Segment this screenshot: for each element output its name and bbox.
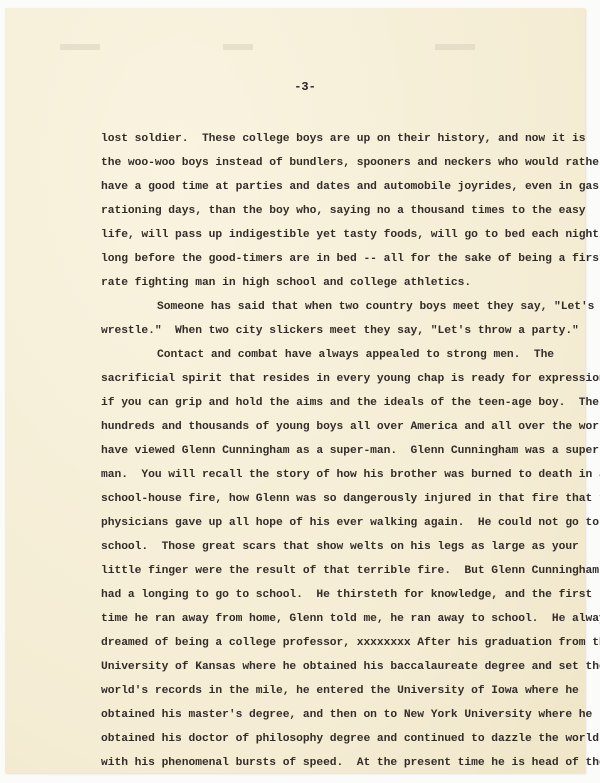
text-line: school. Those great scars that show welt… <box>101 540 579 554</box>
text-line: man. You will recall the story of how hi… <box>101 468 600 482</box>
text-line: have a good time at parties and dates an… <box>101 180 599 194</box>
page-number: -3- <box>285 80 325 94</box>
text-line: hundreds and thousands of young boys all… <box>101 420 600 434</box>
text-line: little finger were the result of that te… <box>101 564 599 578</box>
text-line: University of Kansas where he obtained h… <box>101 660 600 674</box>
text-line: obtained his doctor of philosophy degree… <box>101 732 599 746</box>
bleed-through-mark <box>60 44 100 50</box>
text-line: wrestle." When two city slickers meet th… <box>101 324 579 338</box>
text-line: life, will pass up indigestible yet tast… <box>101 228 599 242</box>
text-line: have viewed Glenn Cunningham as a super-… <box>101 444 600 458</box>
paragraph-first-line: Contact and combat have always appealed … <box>157 348 554 362</box>
text-line: physicians gave up all hope of his ever … <box>101 516 599 530</box>
text-line: lost soldier. These college boys are up … <box>101 132 586 146</box>
text-line: had a longing to go to school. He thirst… <box>101 588 592 602</box>
text-line: if you can grip and hold the aims and th… <box>101 396 599 410</box>
bleed-through-mark <box>223 44 253 50</box>
text-line: the woo-woo boys instead of bundlers, sp… <box>101 156 600 170</box>
text-line: with his phenomenal bursts of speed. At … <box>101 756 600 770</box>
text-line: rate fighting man in high school and col… <box>101 276 471 290</box>
document-page: -3- <box>5 8 585 773</box>
text-line: time he ran away from home, Glenn told m… <box>101 612 600 626</box>
paragraph-first-line: Someone has said that when two country b… <box>157 300 594 314</box>
bleed-through-mark <box>435 44 475 50</box>
text-line: rationing days, than the boy who, saying… <box>101 204 586 218</box>
text-line: sacrificial spirit that resides in every… <box>101 372 600 386</box>
text-line: school-house fire, how Glenn was so dang… <box>101 492 600 506</box>
text-line: dreamed of being a college professor, xx… <box>101 636 600 650</box>
text-line: world's records in the mile, he entered … <box>101 684 579 698</box>
text-line: long before the good-timers are in bed -… <box>101 252 600 266</box>
text-line: obtained his master's degree, and then o… <box>101 708 592 722</box>
